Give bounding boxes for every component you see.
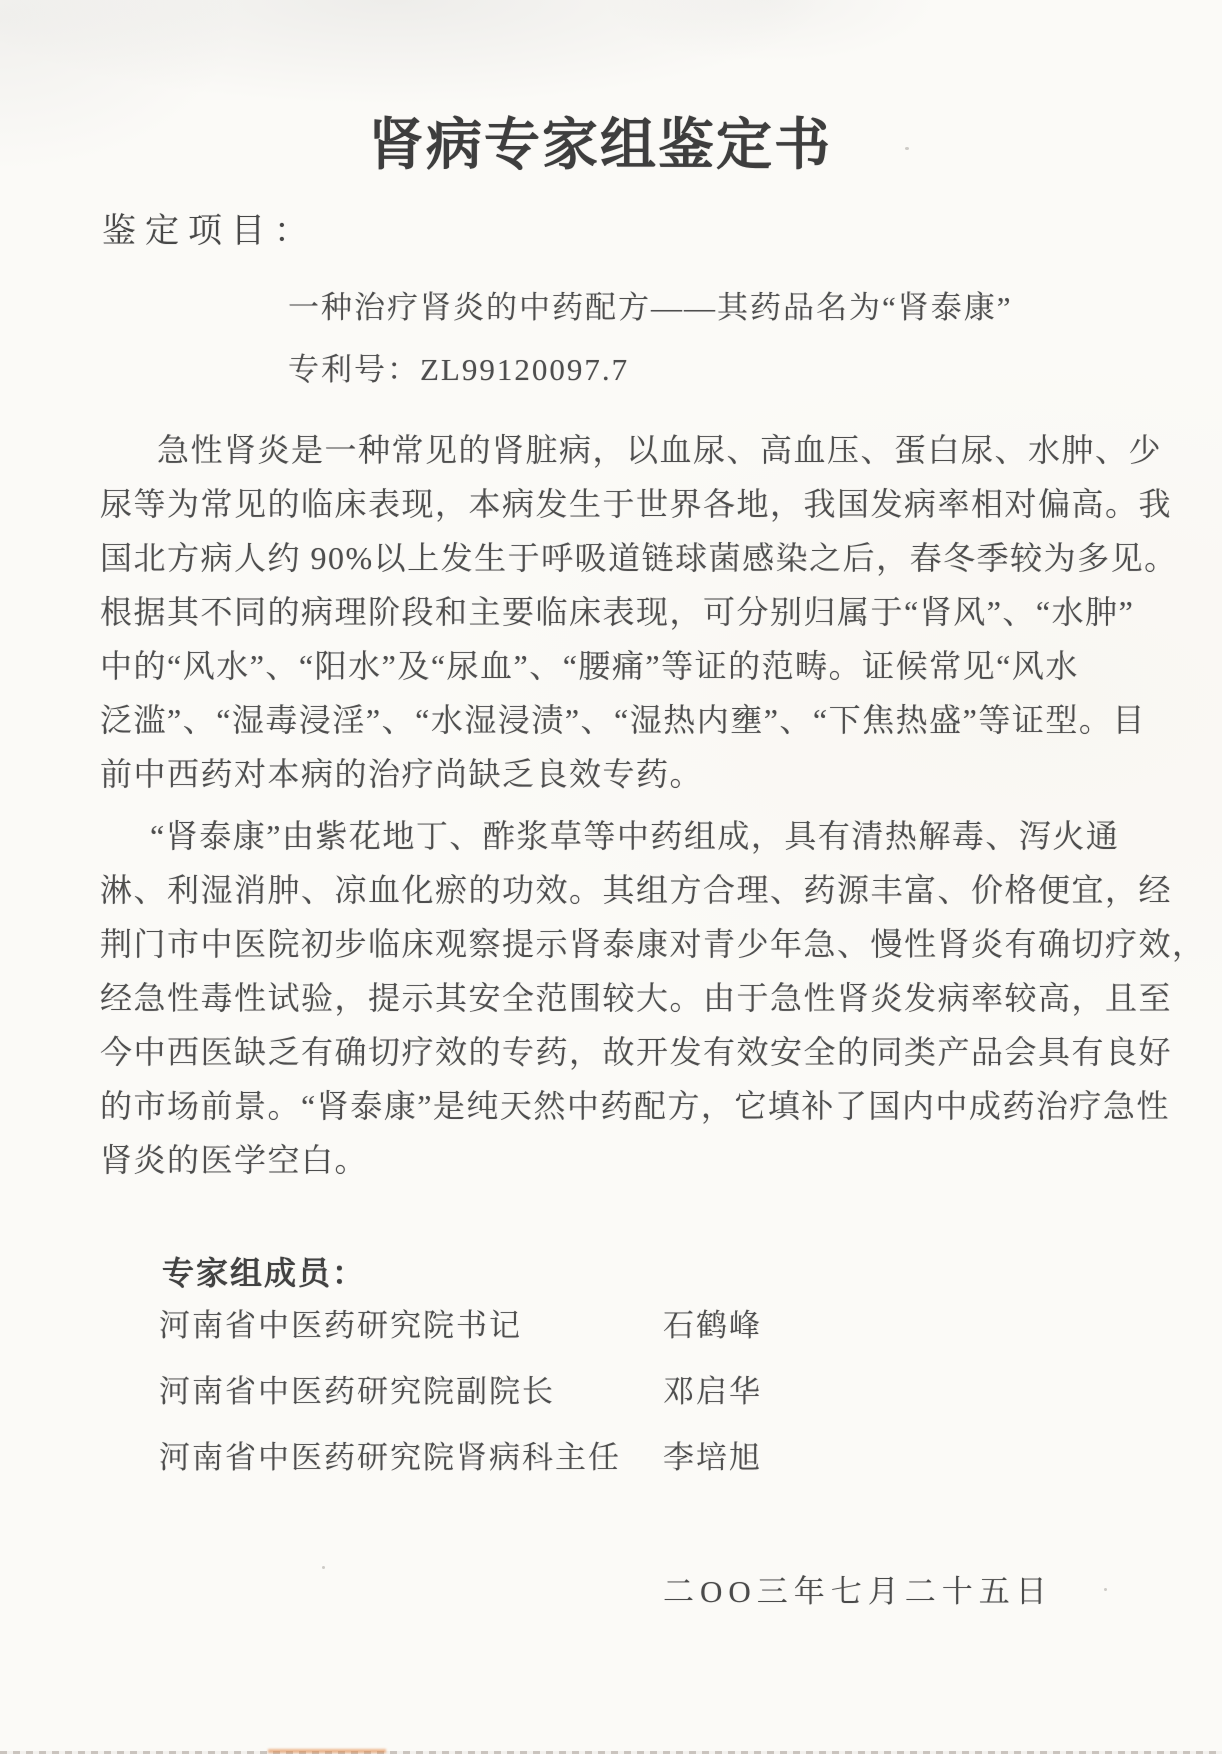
expert-name: 李培旭 <box>663 1440 762 1476</box>
patent-number-line: 专利号：ZL99120097.7 <box>288 352 629 388</box>
appraisal-item-label: 鉴定项目： <box>102 212 317 251</box>
paragraph-line: 经急性毒性试验，提示其安全范围较大。由于急性肾炎发病率较高，且至 <box>100 980 1172 1017</box>
paragraph-line: 国北方病人约 90%以上发生于呼吸道链球菌感染之后，春冬季较为多见。 <box>100 540 1178 577</box>
scan-speck <box>1104 1588 1107 1591</box>
expert-name: 石鹤峰 <box>663 1308 762 1344</box>
expert-title: 河南省中医药研究院肾病科主任 <box>159 1440 621 1476</box>
scan-speck <box>322 1566 325 1569</box>
expert-title: 河南省中医药研究院副院长 <box>159 1374 555 1410</box>
document-date: 二OO三年七月二十五日 <box>663 1574 1053 1610</box>
paragraph-line: 淋、利湿消肿、凉血化瘀的功效。其组方合理、药源丰富、价格便宜，经 <box>100 872 1172 909</box>
paragraph-line: 根据其不同的病理阶段和主要临床表现，可分别归属于“肾风”、“水肿” <box>100 594 1134 631</box>
scanned-document-page: 肾病专家组鉴定书 鉴定项目： 一种治疗肾炎的中药配方——其药品名为“肾泰康” 专… <box>0 0 1222 1754</box>
expert-name: 邓启华 <box>663 1374 762 1410</box>
paragraph-line: 尿等为常见的临床表现，本病发生于世界各地，我国发病率相对偏高。我 <box>100 486 1172 523</box>
experts-heading: 专家组成员： <box>162 1255 366 1292</box>
paragraph-line: 肾炎的医学空白。 <box>100 1142 368 1179</box>
paragraph-line: 中的“风水”、“阳水”及“尿血”、“腰痛”等证的范畴。证候常见“风水 <box>100 648 1079 685</box>
scan-edge-orange-artifact <box>268 1749 386 1753</box>
paragraph-line: 泛滥”、“湿毒浸淫”、“水湿浸渍”、“湿热内壅”、“下焦热盛”等证型。目 <box>100 702 1146 739</box>
paragraph-line: 荆门市中医院初步临床观察提示肾泰康对青少年急、慢性肾炎有确切疗效， <box>100 926 1206 963</box>
scan-speck <box>905 147 909 150</box>
expert-title: 河南省中医药研究院书记 <box>159 1308 522 1344</box>
paragraph-line: 前中西药对本病的治疗尚缺乏良效专药。 <box>100 756 703 793</box>
paragraph-line: 的市场前景。“肾泰康”是纯天然中药配方，它填补了国内中成药治疗急性 <box>100 1088 1170 1125</box>
scan-speck <box>1098 598 1101 601</box>
paragraph-line: 今中西医缺乏有确切疗效的专药，故开发有效安全的同类产品会具有良好 <box>100 1034 1172 1071</box>
project-name-line: 一种治疗肾炎的中药配方——其药品名为“肾泰康” <box>288 290 1013 326</box>
paragraph-line: “肾泰康”由紫花地丁、酢浆草等中药组成，具有清热解毒、泻火通 <box>150 818 1119 855</box>
document-title: 肾病专家组鉴定书 <box>368 114 832 178</box>
paragraph-line: 急性肾炎是一种常见的肾脏病，以血尿、高血压、蛋白尿、水肿、少 <box>157 432 1162 469</box>
